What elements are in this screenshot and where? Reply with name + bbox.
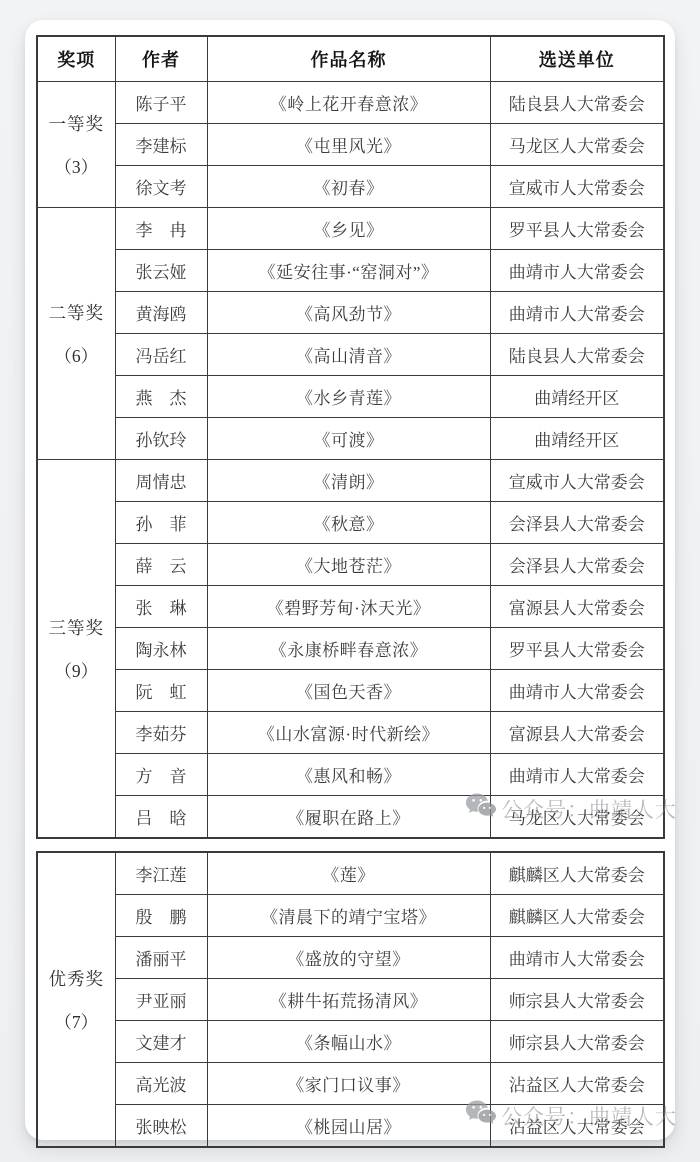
work-title-cell: 《碧野芳甸·沐天光》: [207, 586, 490, 628]
award-count: （9）: [40, 658, 113, 683]
author-cell: 周情忠: [115, 460, 207, 502]
table-row: 冯岳红《高山清音》陆良县人大常委会: [37, 334, 664, 376]
unit-cell: 富源县人大常委会: [490, 712, 664, 754]
work-title-cell: 《惠风和畅》: [207, 754, 490, 796]
table-row: 张云娅《延安往事·“窑洞对”》曲靖市人大常委会: [37, 250, 664, 292]
work-title-cell: 《国色天香》: [207, 670, 490, 712]
author-cell: 燕 杰: [115, 376, 207, 418]
award-name: 优秀奖: [40, 966, 113, 991]
table-row: 三等奖（9）周情忠《清朗》宣威市人大常委会: [37, 460, 664, 502]
author-cell: 陶永林: [115, 628, 207, 670]
unit-cell: 陆良县人大常委会: [490, 82, 664, 124]
work-title-cell: 《可渡》: [207, 418, 490, 460]
work-title-cell: 《盛放的守望》: [207, 937, 490, 979]
author-cell: 方 音: [115, 754, 207, 796]
award-group-cell: 二等奖（6）: [37, 208, 115, 460]
unit-cell: 师宗县人大常委会: [490, 1021, 664, 1063]
awards-table-main: 奖项 作者 作品名称 选送单位 一等奖（3）陈子平《岭上花开春意浓》陆良县人大常…: [36, 35, 665, 839]
author-cell: 文建才: [115, 1021, 207, 1063]
award-name: 一等奖: [40, 111, 113, 136]
author-cell: 徐文考: [115, 166, 207, 208]
work-title-cell: 《家门口议事》: [207, 1063, 490, 1105]
author-cell: 李茹芬: [115, 712, 207, 754]
unit-cell: 曲靖经开区: [490, 418, 664, 460]
table-row: 徐文考《初春》宣威市人大常委会: [37, 166, 664, 208]
author-cell: 李建标: [115, 124, 207, 166]
work-title-cell: 《大地苍茫》: [207, 544, 490, 586]
work-title-cell: 《清晨下的靖宁宝塔》: [207, 895, 490, 937]
award-table-card: 奖项 作者 作品名称 选送单位 一等奖（3）陈子平《岭上花开春意浓》陆良县人大常…: [25, 20, 675, 1140]
author-cell: 高光波: [115, 1063, 207, 1105]
unit-cell: 曲靖市人大常委会: [490, 292, 664, 334]
unit-cell: 曲靖市人大常委会: [490, 754, 664, 796]
unit-cell: 马龙区人大常委会: [490, 124, 664, 166]
author-cell: 殷 鹏: [115, 895, 207, 937]
table-row: 黄海鸥《高风劲节》曲靖市人大常委会: [37, 292, 664, 334]
table-row: 文建才《条幅山水》师宗县人大常委会: [37, 1021, 664, 1063]
award-count: （3）: [40, 154, 113, 179]
table-row: 殷 鹏《清晨下的靖宁宝塔》麒麟区人大常委会: [37, 895, 664, 937]
work-title-cell: 《秋意》: [207, 502, 490, 544]
author-cell: 李 冉: [115, 208, 207, 250]
unit-cell: 罗平县人大常委会: [490, 628, 664, 670]
award-group-cell: 一等奖（3）: [37, 82, 115, 208]
unit-cell: 宣威市人大常委会: [490, 166, 664, 208]
award-group-cell: 优秀奖（7）: [37, 852, 115, 1147]
unit-cell: 麒麟区人大常委会: [490, 895, 664, 937]
work-title-cell: 《桃园山居》: [207, 1105, 490, 1148]
table-row: 阮 虹《国色天香》曲靖市人大常委会: [37, 670, 664, 712]
unit-cell: 曲靖市人大常委会: [490, 937, 664, 979]
table-row: 尹亚丽《耕牛拓荒扬清风》师宗县人大常委会: [37, 979, 664, 1021]
unit-cell: 麒麟区人大常委会: [490, 852, 664, 895]
table-row: 方 音《惠风和畅》曲靖市人大常委会: [37, 754, 664, 796]
unit-cell: 曲靖市人大常委会: [490, 250, 664, 292]
author-cell: 尹亚丽: [115, 979, 207, 1021]
author-cell: 陈子平: [115, 82, 207, 124]
author-cell: 张 琳: [115, 586, 207, 628]
award-count: （6）: [40, 343, 113, 368]
award-name: 二等奖: [40, 300, 113, 325]
unit-cell: 会泽县人大常委会: [490, 502, 664, 544]
work-title-cell: 《条幅山水》: [207, 1021, 490, 1063]
table-row: 吕 晗《履职在路上》马龙区人大常委会: [37, 796, 664, 839]
unit-cell: 陆良县人大常委会: [490, 334, 664, 376]
unit-cell: 曲靖经开区: [490, 376, 664, 418]
author-cell: 潘丽平: [115, 937, 207, 979]
table-row: 优秀奖（7）李江莲《莲》麒麟区人大常委会: [37, 852, 664, 895]
col-header-author: 作者: [115, 36, 207, 82]
work-title-cell: 《莲》: [207, 852, 490, 895]
unit-cell: 曲靖市人大常委会: [490, 670, 664, 712]
author-cell: 吕 晗: [115, 796, 207, 839]
work-title-cell: 《乡见》: [207, 208, 490, 250]
work-title-cell: 《山水富源·时代新绘》: [207, 712, 490, 754]
header-row: 奖项 作者 作品名称 选送单位: [37, 36, 664, 82]
unit-cell: 宣威市人大常委会: [490, 460, 664, 502]
author-cell: 黄海鸥: [115, 292, 207, 334]
work-title-cell: 《耕牛拓荒扬清风》: [207, 979, 490, 1021]
unit-cell: 沾益区人大常委会: [490, 1063, 664, 1105]
page-background: 奖项 作者 作品名称 选送单位 一等奖（3）陈子平《岭上花开春意浓》陆良县人大常…: [0, 0, 700, 1162]
awards-table-excellence: 优秀奖（7）李江莲《莲》麒麟区人大常委会殷 鹏《清晨下的靖宁宝塔》麒麟区人大常委…: [36, 851, 665, 1148]
table-row: 张 琳《碧野芳甸·沐天光》富源县人大常委会: [37, 586, 664, 628]
work-title-cell: 《延安往事·“窑洞对”》: [207, 250, 490, 292]
author-cell: 张映松: [115, 1105, 207, 1148]
author-cell: 阮 虹: [115, 670, 207, 712]
work-title-cell: 《水乡青莲》: [207, 376, 490, 418]
work-title-cell: 《履职在路上》: [207, 796, 490, 839]
table-row: 高光波《家门口议事》沾益区人大常委会: [37, 1063, 664, 1105]
work-title-cell: 《清朗》: [207, 460, 490, 502]
table-row: 潘丽平《盛放的守望》曲靖市人大常委会: [37, 937, 664, 979]
award-name: 三等奖: [40, 615, 113, 640]
table-row: 一等奖（3）陈子平《岭上花开春意浓》陆良县人大常委会: [37, 82, 664, 124]
author-cell: 张云娅: [115, 250, 207, 292]
table-row: 李茹芬《山水富源·时代新绘》富源县人大常委会: [37, 712, 664, 754]
unit-cell: 沾益区人大常委会: [490, 1105, 664, 1148]
table-row: 孙钦玲《可渡》曲靖经开区: [37, 418, 664, 460]
col-header-award: 奖项: [37, 36, 115, 82]
unit-cell: 会泽县人大常委会: [490, 544, 664, 586]
work-title-cell: 《高风劲节》: [207, 292, 490, 334]
table-row: 燕 杰《水乡青莲》曲靖经开区: [37, 376, 664, 418]
award-count: （7）: [40, 1009, 113, 1034]
author-cell: 李江莲: [115, 852, 207, 895]
author-cell: 冯岳红: [115, 334, 207, 376]
col-header-work-title: 作品名称: [207, 36, 490, 82]
card-content: 奖项 作者 作品名称 选送单位 一等奖（3）陈子平《岭上花开春意浓》陆良县人大常…: [25, 20, 675, 1162]
author-cell: 薛 云: [115, 544, 207, 586]
work-title-cell: 《屯里风光》: [207, 124, 490, 166]
unit-cell: 富源县人大常委会: [490, 586, 664, 628]
author-cell: 孙钦玲: [115, 418, 207, 460]
author-cell: 孙 菲: [115, 502, 207, 544]
work-title-cell: 《岭上花开春意浓》: [207, 82, 490, 124]
award-group-cell: 三等奖（9）: [37, 460, 115, 839]
table-row: 张映松《桃园山居》沾益区人大常委会: [37, 1105, 664, 1148]
work-title-cell: 《永康桥畔春意浓》: [207, 628, 490, 670]
table-row: 陶永林《永康桥畔春意浓》罗平县人大常委会: [37, 628, 664, 670]
work-title-cell: 《高山清音》: [207, 334, 490, 376]
table-row: 二等奖（6）李 冉《乡见》罗平县人大常委会: [37, 208, 664, 250]
work-title-cell: 《初春》: [207, 166, 490, 208]
col-header-unit: 选送单位: [490, 36, 664, 82]
table-row: 孙 菲《秋意》会泽县人大常委会: [37, 502, 664, 544]
unit-cell: 罗平县人大常委会: [490, 208, 664, 250]
table-row: 薛 云《大地苍茫》会泽县人大常委会: [37, 544, 664, 586]
unit-cell: 师宗县人大常委会: [490, 979, 664, 1021]
table-row: 李建标《屯里风光》马龙区人大常委会: [37, 124, 664, 166]
unit-cell: 马龙区人大常委会: [490, 796, 664, 839]
